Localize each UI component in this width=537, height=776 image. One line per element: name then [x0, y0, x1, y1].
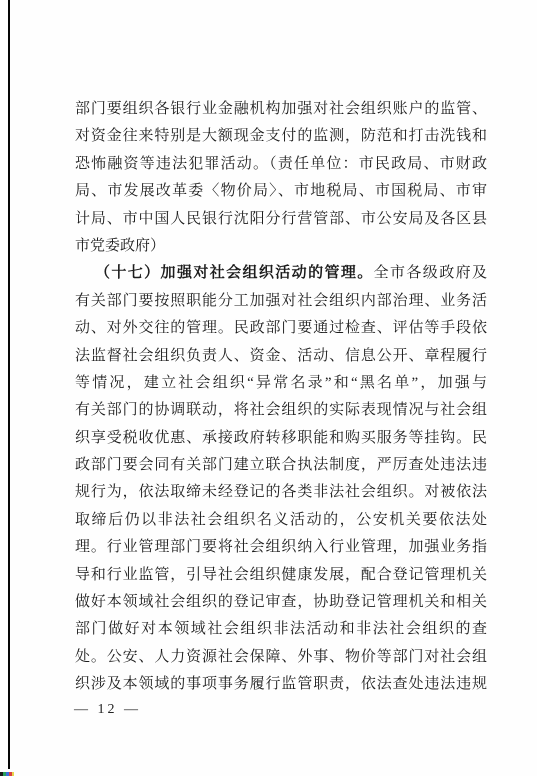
text-line: 处。公安、人力资源社会保障、外事、物价等部门对社会组: [75, 644, 487, 671]
text-line: 做好本领域社会组织的登记审查，协助登记管理机关和相关: [75, 589, 487, 616]
text-line: 有关部门的协调联动，将社会组织的实际表现情况与社会组: [75, 397, 487, 424]
text-line: 动、对外交往的管理。民政部门要通过检查、评估等手段依: [75, 315, 487, 342]
text-line: 市党委政府）: [75, 233, 487, 260]
text-line: 取缔后仍以非法社会组织名义活动的，公安机关要依法处: [75, 507, 487, 534]
text-line: 法监督社会组织负责人、资金、活动、信息公开、章程履行: [75, 343, 487, 370]
text-line: 理。行业管理部门要将社会组织纳入行业管理，加强业务指: [75, 534, 487, 561]
text-line: 局、市发展改革委〈物价局〉、市地税局、市国税局、市审: [75, 178, 487, 205]
section-heading: （十七）加强对社会组织活动的管理。: [95, 265, 374, 281]
text-line: 部门要组织各银行业金融机构加强对社会组织账户的监管、: [75, 96, 487, 123]
page-edge-line: [8, 0, 10, 769]
text-line: 恐怖融资等违法犯罪活动。（责任单位：市民政局、市财政: [75, 151, 487, 178]
text-line: （十七）加强对社会组织活动的管理。全市各级政府及: [75, 260, 487, 287]
text-line: 织享受税收优惠、承接政府转移职能和购买服务等挂钩。民: [75, 425, 487, 452]
text-line: 部门做好对本领域社会组织非法活动和非法社会组织的查: [75, 616, 487, 643]
text-line: 有关部门要按照职能分工加强对社会组织内部治理、业务活: [75, 288, 487, 315]
text-line: 等情况，建立社会组织“异常名录”和“黑名单”，加强与: [75, 370, 487, 397]
text-line: 织涉及本领域的事项事务履行监管职责，依法查处违法违规: [75, 671, 487, 698]
page-number: — 12 —: [74, 702, 141, 718]
document-page: 部门要组织各银行业金融机构加强对社会组织账户的监管、对资金往来特别是大额现金支付…: [0, 0, 537, 776]
text-block: 部门要组织各银行业金融机构加强对社会组织账户的监管、对资金往来特别是大额现金支付…: [75, 96, 487, 699]
text-line: 政部门要会同有关部门建立联合执法制度，严厉查处违法违: [75, 452, 487, 479]
scan-artifact: [0, 772, 14, 776]
text-line: 计局、市中国人民银行沈阳分行营管部、市公安局及各区县: [75, 206, 487, 233]
text-line: 规行为，依法取缔未经登记的各类非法社会组织。对被依法: [75, 479, 487, 506]
text-line: 对资金往来特别是大额现金支付的监测，防范和打击洗钱和: [75, 123, 487, 150]
text-line: 导和行业监管，引导社会组织健康发展，配合登记管理机关: [75, 562, 487, 589]
